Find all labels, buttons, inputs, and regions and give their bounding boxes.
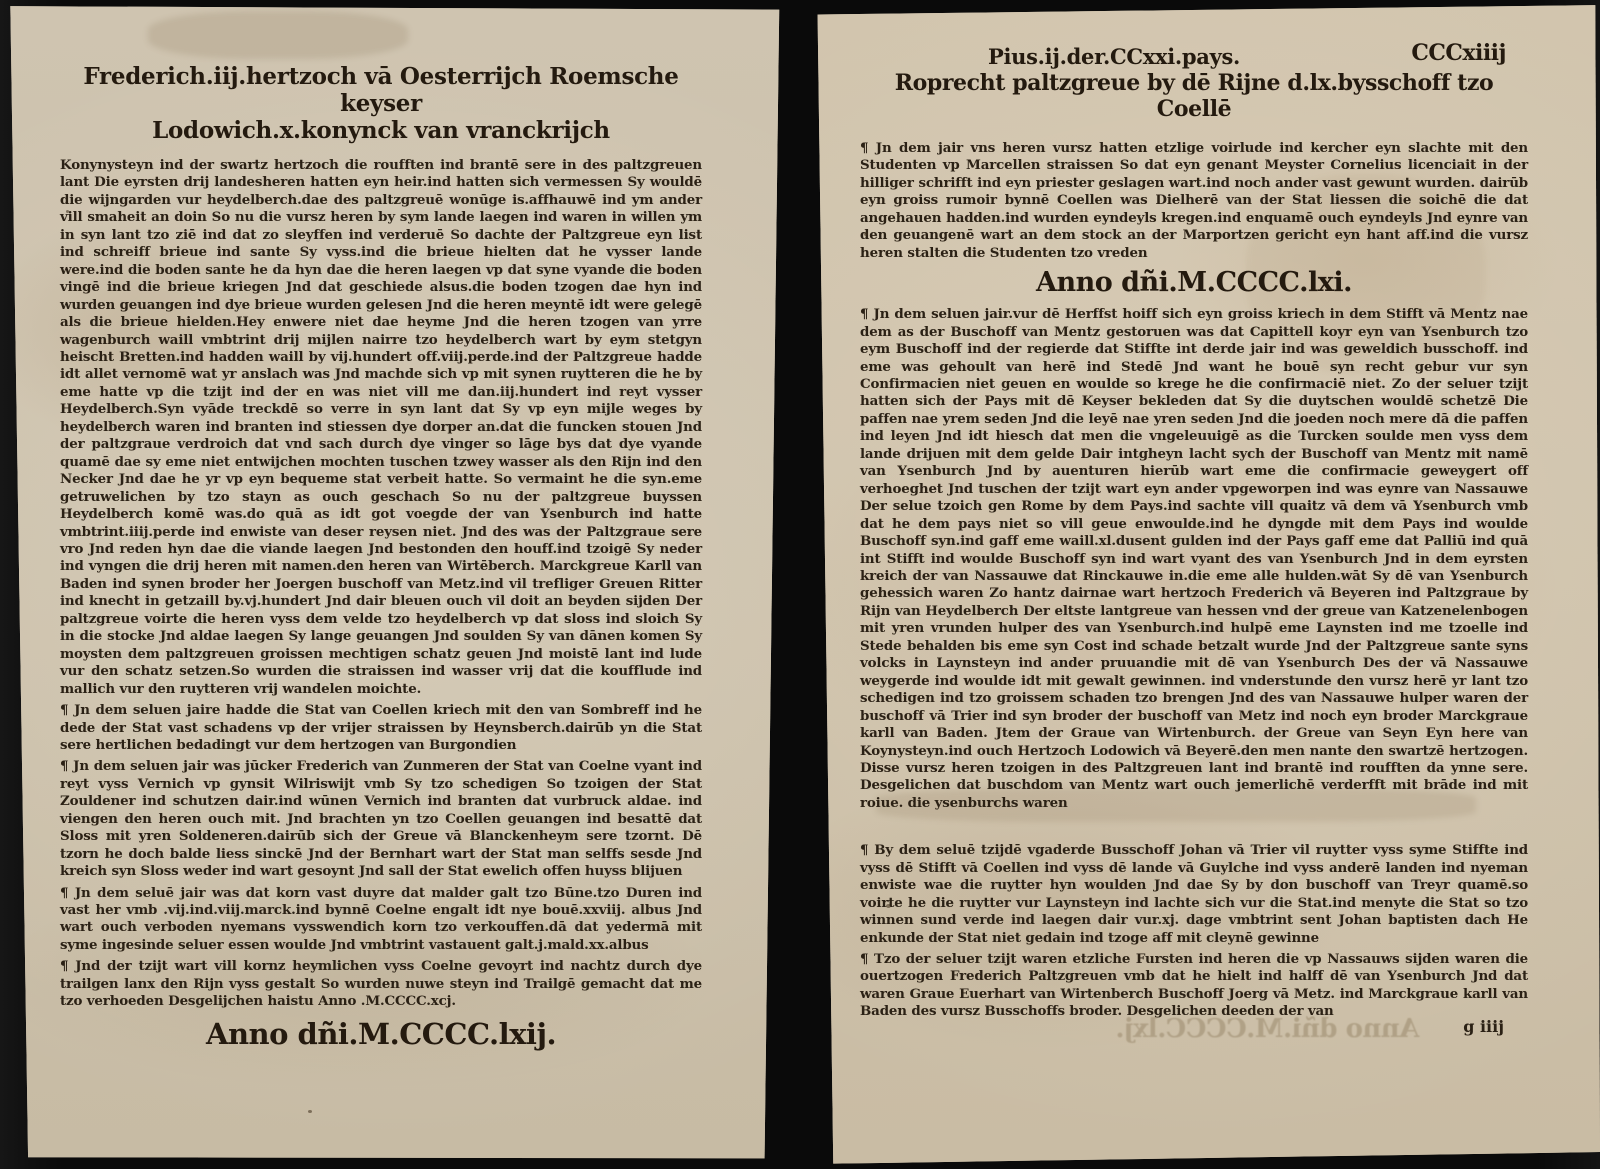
left-page-content: Frederich.iij.hertzoch vā Oesterrijch Ro… [8, 5, 780, 1163]
body-paragraph: ¶ Tzo der seluer tzijt waren etzliche Fu… [860, 951, 1528, 1021]
paper-speck [66, 210, 69, 213]
body-paragraph: ¶ Jn dem seluen jaire hadde die Stat van… [60, 702, 702, 754]
signature-mark: g iiij [1463, 1017, 1504, 1036]
heading-line-2: Lodowich.x.konynck van vranckrijch [60, 117, 702, 144]
anno-heading: Anno dñi.M.CCCC.lxij. [60, 1017, 702, 1051]
left-page-heading: Frederich.iij.hertzoch vā Oesterrijch Ro… [60, 63, 702, 144]
paper-speck [308, 1110, 312, 1113]
heading-line-1: Frederich.iij.hertzoch vā Oesterrijch Ro… [60, 63, 702, 117]
right-page-content: Pius.ij.der.CCxxi.pays. CCCxiiij Roprech… [816, 4, 1600, 1166]
paragraph-gap [860, 816, 1528, 842]
chapter-heading: Roprecht paltzgreue by dē Rijne d.lx.bys… [860, 70, 1528, 122]
show-through-anno-text: Anno dñi.M.CCCC.lxj. [1116, 1014, 1419, 1044]
paper-speck [886, 904, 891, 908]
body-paragraph: ¶ By dem seluē tzijdē vgaderde Busschoff… [860, 842, 1528, 947]
folio-number: CCCxiiij [1411, 40, 1506, 66]
body-paragraph: Konynysteyn ind der swartz hertzoch die … [60, 157, 702, 698]
paper-speck [128, 425, 132, 429]
body-paragraph: ¶ Jn dem seluē jair was dat korn vast du… [60, 885, 702, 955]
book-photo-scene: Frederich.iij.hertzoch vā Oesterrijch Ro… [0, 0, 1600, 1169]
right-page-header: Pius.ij.der.CCxxi.pays. CCCxiiij [860, 40, 1528, 70]
right-page-body: ¶ Jn dem jair vns heren vursz hatten etz… [860, 140, 1528, 1021]
paper-speck [864, 232, 868, 236]
running-title: Pius.ij.der.CCxxi.pays. [988, 44, 1240, 69]
left-page-body: Konynysteyn ind der swartz hertzoch die … [60, 157, 702, 1051]
left-page: Frederich.iij.hertzoch vā Oesterrijch Ro… [8, 5, 780, 1163]
anno-heading: Anno dñi.M.CCCC.lxi. [860, 266, 1528, 300]
body-paragraph: ¶ Jn dem seluen jair was jūcker Frederic… [60, 758, 702, 880]
body-paragraph: ¶ Jn dem seluen jair.vur dē Herffst hoif… [860, 306, 1528, 812]
paper-speck [1516, 524, 1519, 527]
body-paragraph: ¶ Jnd der tzijt wart vill kornz heymlich… [60, 958, 702, 1010]
body-paragraph: ¶ Jn dem jair vns heren vursz hatten etz… [860, 140, 1528, 262]
right-page: Pius.ij.der.CCxxi.pays. CCCxiiij Roprech… [816, 4, 1600, 1166]
